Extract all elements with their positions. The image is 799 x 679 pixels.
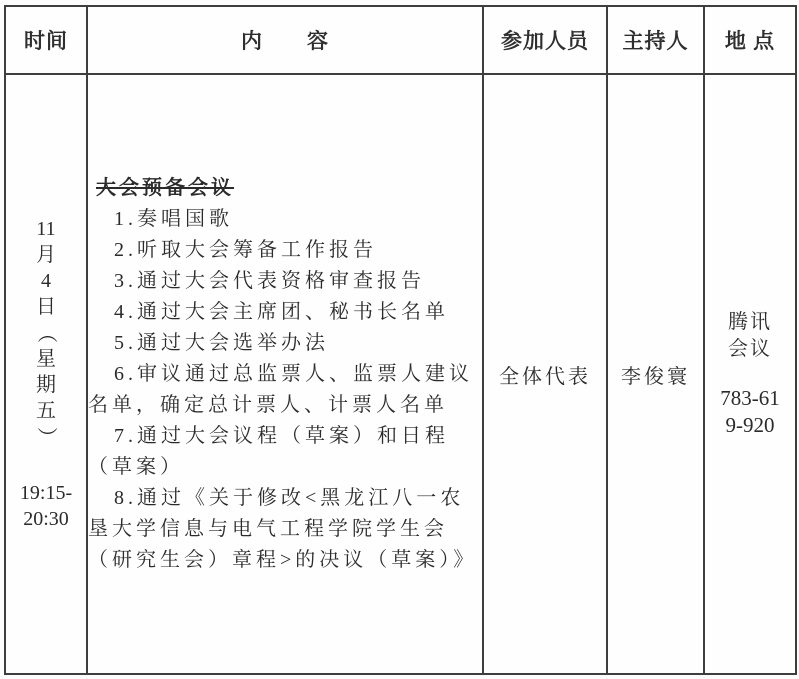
agenda-item-7: 7.通过大会议程（草案）和日程（草案） — [88, 421, 482, 483]
location-cell: 腾讯 会议 783-61 9-920 — [704, 74, 796, 674]
header-cell-content: 内 容 — [87, 6, 483, 74]
date-char: 五 — [36, 398, 56, 424]
date-char: 11 — [36, 216, 55, 242]
participants-value: 全体代表 — [499, 366, 591, 388]
date-char: 星 — [36, 346, 56, 372]
venue-line: 会议 — [728, 336, 772, 363]
content-cell: 大会预备会议 1.奏唱国歌 2.听取大会筹备工作报告 3.通过大会代表资格审查报… — [87, 74, 483, 674]
schedule-table: 时间 内 容 参加人员 主持人 地 点 11 月 4 日 （ 星 期 五 ） — [4, 5, 797, 675]
agenda-item-8: 8.通过《关于修改<黑龙江八一农垦大学信息与电气工程学院学生会（研究生会）章程>… — [88, 483, 482, 576]
meeting-id-line: 783-61 — [720, 385, 780, 412]
agenda-item-1: 1.奏唱国歌 — [88, 204, 482, 235]
header-cell-time: 时间 — [5, 6, 87, 74]
meeting-id-line: 9-920 — [726, 412, 775, 439]
venue-line: 腾讯 — [728, 309, 772, 336]
document-page: 时间 内 容 参加人员 主持人 地 点 11 月 4 日 （ 星 期 五 ） — [0, 0, 799, 679]
header-cell-participants: 参加人员 — [483, 6, 607, 74]
participants-cell: 全体代表 — [483, 74, 607, 674]
time-cell: 11 月 4 日 （ 星 期 五 ） 19:15- 20:30 — [5, 74, 87, 674]
table-header-row: 时间 内 容 参加人员 主持人 地 点 — [5, 6, 796, 74]
agenda-item-3: 3.通过大会代表资格审查报告 — [88, 266, 482, 297]
date-char: 4 — [41, 268, 51, 294]
header-cell-location: 地 点 — [704, 6, 796, 74]
agenda-title: 大会预备会议 — [88, 173, 482, 204]
date-char: 日 — [36, 294, 56, 320]
close-paren-char: ） — [33, 427, 59, 447]
date-char: 期 — [36, 372, 56, 398]
open-paren-char: （ — [33, 323, 59, 343]
date-char: 月 — [36, 242, 56, 268]
agenda-item-6: 6.审议通过总监票人、监票人建议名单，确定总计票人、计票人名单 — [88, 359, 482, 421]
location-stack: 腾讯 会议 783-61 9-920 — [705, 309, 795, 439]
header-cell-host: 主持人 — [607, 6, 704, 74]
meeting-end-time: 20:30 — [23, 506, 69, 532]
meeting-start-time: 19:15- — [20, 480, 72, 506]
host-value: 李俊寰 — [621, 366, 690, 388]
agenda-item-4: 4.通过大会主席团、秘书长名单 — [88, 297, 482, 328]
agenda-item-2: 2.听取大会筹备工作报告 — [88, 235, 482, 266]
host-cell: 李俊寰 — [607, 74, 704, 674]
meeting-date-vertical: 11 月 4 日 （ 星 期 五 ） 19:15- 20:30 — [6, 216, 86, 532]
agenda-item-5: 5.通过大会选举办法 — [88, 328, 482, 359]
table-row: 11 月 4 日 （ 星 期 五 ） 19:15- 20:30 大会预备会议 1… — [5, 74, 796, 674]
